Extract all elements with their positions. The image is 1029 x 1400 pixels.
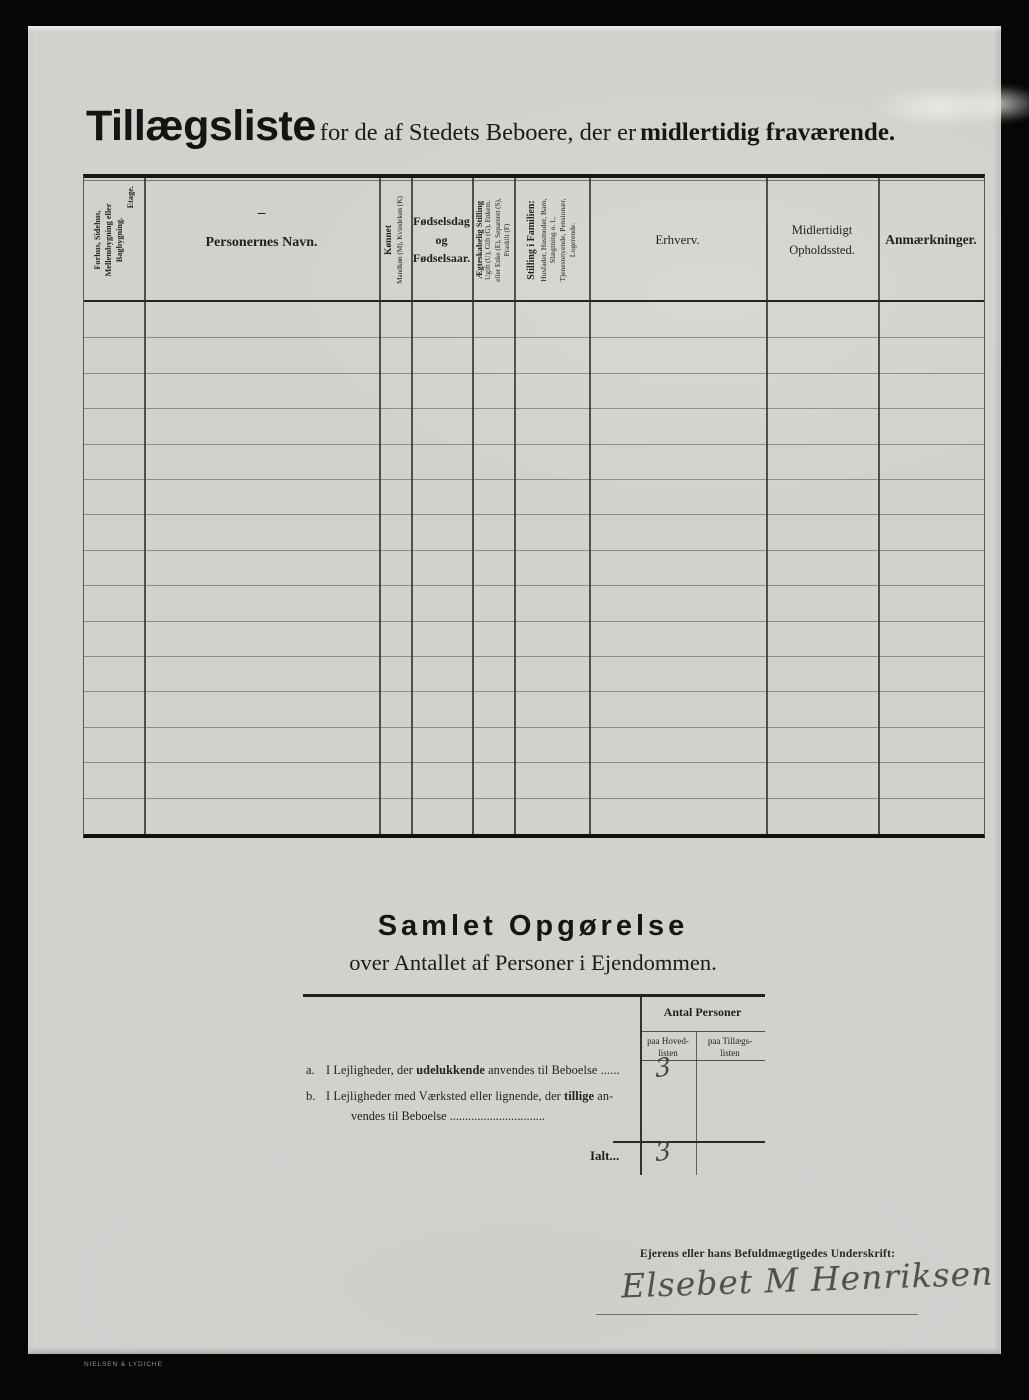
grid-line (766, 178, 768, 834)
grid-line (144, 178, 146, 834)
column-family-position-label: Stilling i Familien: Husfader, Husmoder,… (516, 179, 588, 301)
column-remarks: Anmærkninger. (878, 178, 984, 302)
summary-col-header: Antal Personer (640, 1005, 765, 1020)
column-building: Forhus, Sidehus, Mellembygning eller Bag… (84, 178, 144, 302)
grid-line (84, 444, 984, 445)
grid-line (84, 691, 984, 692)
census-table-body (84, 302, 984, 834)
summary-col-tillaegslisten: paa Tillægs- listen (697, 1036, 763, 1059)
paper-sheet: Tillægsliste for de af Stedets Beboere, … (28, 26, 1001, 1354)
grid-line (84, 656, 984, 657)
grid-line (84, 585, 984, 586)
column-building-label: Forhus, Sidehus, Mellembygning eller Bag… (86, 182, 142, 298)
column-family-position: Stilling i Familien: Husfader, Husmoder,… (514, 178, 589, 302)
column-marital: Ægteskabelig Stilling Ugift (U), Gift (G… (472, 178, 514, 302)
column-residence: Midlertidigt Opholdssted. (766, 178, 878, 302)
total-label: Ialt... (590, 1148, 619, 1164)
column-marital-label: Ægteskabelig Stilling Ugift (U), Gift (G… (473, 179, 513, 301)
grid-line (84, 727, 984, 728)
grid-line (84, 479, 984, 480)
grid-line (472, 178, 474, 834)
grid-line (640, 997, 642, 1175)
census-table-header: Forhus, Sidehus, Mellembygning eller Bag… (84, 178, 984, 302)
signature-line (596, 1314, 918, 1315)
census-table: Forhus, Sidehus, Mellembygning eller Bag… (83, 174, 985, 838)
grid-line (589, 178, 591, 834)
form-header: Tillægsliste for de af Stedets Beboere, … (86, 102, 996, 151)
grid-line (640, 1031, 765, 1032)
form-subtitle-bold: midlertidig fraværende. (640, 119, 895, 146)
column-sex-label: Kønnet Mandkøn (M), Kvindekøn (K) (380, 181, 410, 299)
grid-line (84, 621, 984, 622)
grid-line (84, 337, 984, 338)
summary-subheading: over Antallet af Personer i Ejendommen. (283, 950, 783, 976)
column-sex: Kønnet Mandkøn (M), Kvindekøn (K) (379, 178, 411, 302)
printer-mark: Nielsen & Lydiche (84, 1361, 163, 1368)
grid-line (379, 178, 381, 834)
grid-line (878, 178, 880, 834)
column-name: – Personernes Navn. (144, 178, 379, 302)
grid-line (613, 1141, 765, 1143)
grid-line (514, 178, 516, 834)
grid-line (84, 373, 984, 374)
column-birth: Fødselsdag og Fødselsaar. (411, 178, 472, 302)
handwritten-count-total: 3 (654, 1136, 672, 1168)
grid-line (84, 550, 984, 551)
summary-table: Antal Personer paa Hoved- listen paa Til… (303, 994, 765, 1172)
summary-row-b-continued: vendes til Beboelse ....................… (351, 1109, 545, 1124)
column-occupation: Erhverv. (589, 178, 766, 302)
form-subtitle: for de af Stedets Beboere, der er (320, 119, 636, 146)
grid-line (84, 514, 984, 515)
column-name-label: Personernes Navn. (206, 235, 318, 251)
scanned-census-form: Tillægsliste for de af Stedets Beboere, … (0, 0, 1029, 1400)
summary-heading: Samlet Opgørelse (303, 910, 763, 943)
grid-line (411, 178, 413, 834)
form-title: Tillægsliste (86, 102, 316, 150)
handwritten-count-a: 3 (654, 1052, 672, 1084)
grid-line (84, 798, 984, 799)
signature-handwriting: Elsebet M Henriksen (620, 1254, 994, 1306)
dash-mark: – (206, 206, 318, 221)
grid-line (84, 408, 984, 409)
grid-line (84, 762, 984, 763)
